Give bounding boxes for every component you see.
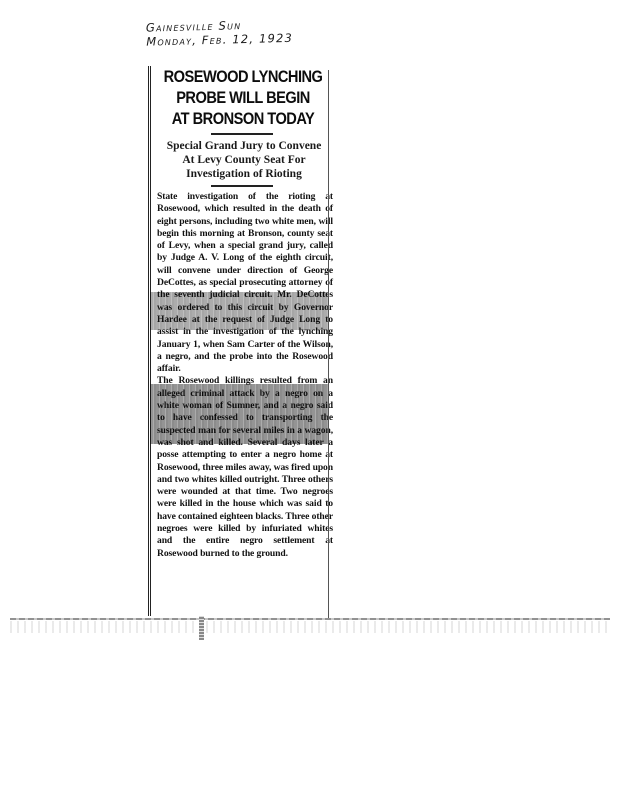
subheadline: Special Grand Jury to Convene At Levy Co…: [155, 139, 333, 181]
scan-noise: [10, 621, 610, 633]
paragraph: State investigation of the rioting at Ro…: [157, 191, 333, 375]
scan-edge-line: [10, 618, 610, 620]
headline-line: AT BRONSON TODAY: [157, 108, 329, 129]
article-body: State investigation of the rioting at Ro…: [157, 191, 333, 560]
paragraph: The Rosewood killings resulted from an a…: [157, 375, 333, 559]
headline: ROSEWOOD LYNCHING PROBE WILL BEGIN AT BR…: [157, 66, 329, 129]
subheadline-line: Special Grand Jury to Convene: [155, 139, 333, 153]
scan-artifact: [199, 616, 204, 640]
newspaper-clipping: ROSEWOOD LYNCHING PROBE WILL BEGIN AT BR…: [148, 66, 333, 616]
column-rule: [328, 70, 329, 618]
headline-line: ROSEWOOD LYNCHING: [157, 66, 329, 87]
divider: [211, 133, 273, 135]
subheadline-line: At Levy County Seat For: [155, 153, 333, 167]
headline-line: PROBE WILL BEGIN: [157, 87, 329, 108]
handwritten-annotation: Gainesville Sun Monday, Feb. 12, 1923: [146, 15, 347, 48]
subheadline-line: Investigation of Rioting: [155, 167, 333, 181]
divider: [211, 185, 273, 187]
